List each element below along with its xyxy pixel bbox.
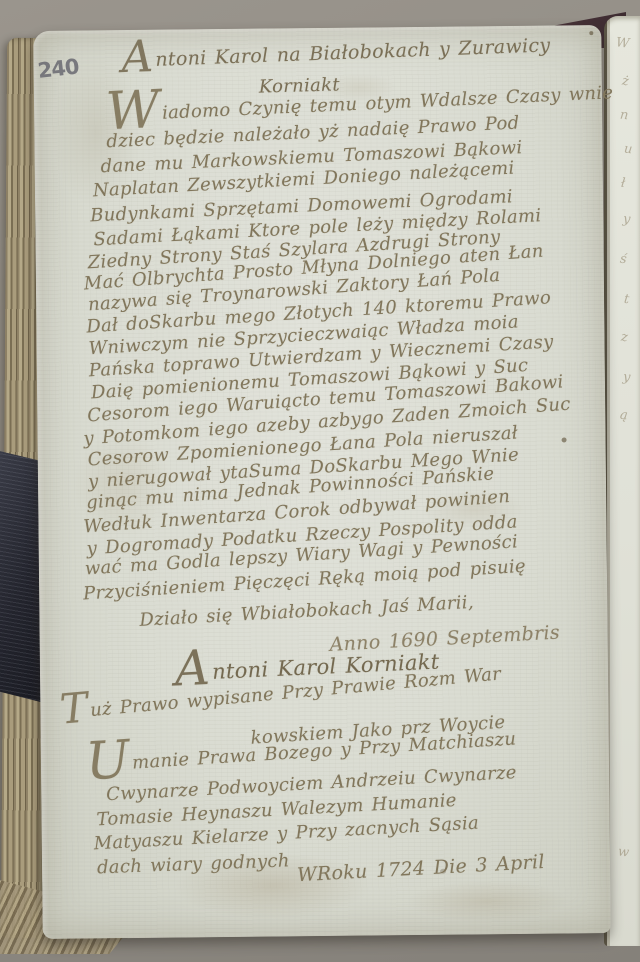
decorated-initial: U [86,760,130,763]
decorated-initial: W [106,110,160,112]
edge-glyph: W [615,35,630,51]
decorated-initial: T [60,707,88,709]
decorated-initial: A [175,668,210,670]
date-line-anno: Anno 1690 Septembris [329,621,560,655]
edge-glyph: y [622,212,631,228]
line-text: ntoni Karol na Białobokach y Zurawicy [155,34,551,70]
photo-of-manuscript-book: 240 Antoni Karol na Białobokach y Zurawi… [0,0,640,962]
manuscript-lines: Antoni Karol na Białobokach y ZurawicyKo… [33,25,610,939]
edge-glyph: u [623,142,633,158]
edge-glyph: ą [619,408,628,424]
decorated-initial: A [121,57,153,58]
manuscript-line-34: dach wiary godnych [97,850,290,878]
manuscript-page: 240 Antoni Karol na Białobokach y Zurawi… [33,25,610,939]
title-line-1: Antoni Karol na Białobokach y Zurawicy [121,34,551,72]
edge-glyph: n [619,108,629,124]
edge-glyph: z [620,330,628,346]
edge-glyph: y [622,370,631,386]
edge-glyph: ż [621,74,629,90]
date-line-year: WRoku 1724 Die 3 April [297,851,546,886]
edge-glyph: ś [619,252,627,268]
edge-glyph: w [617,844,630,860]
